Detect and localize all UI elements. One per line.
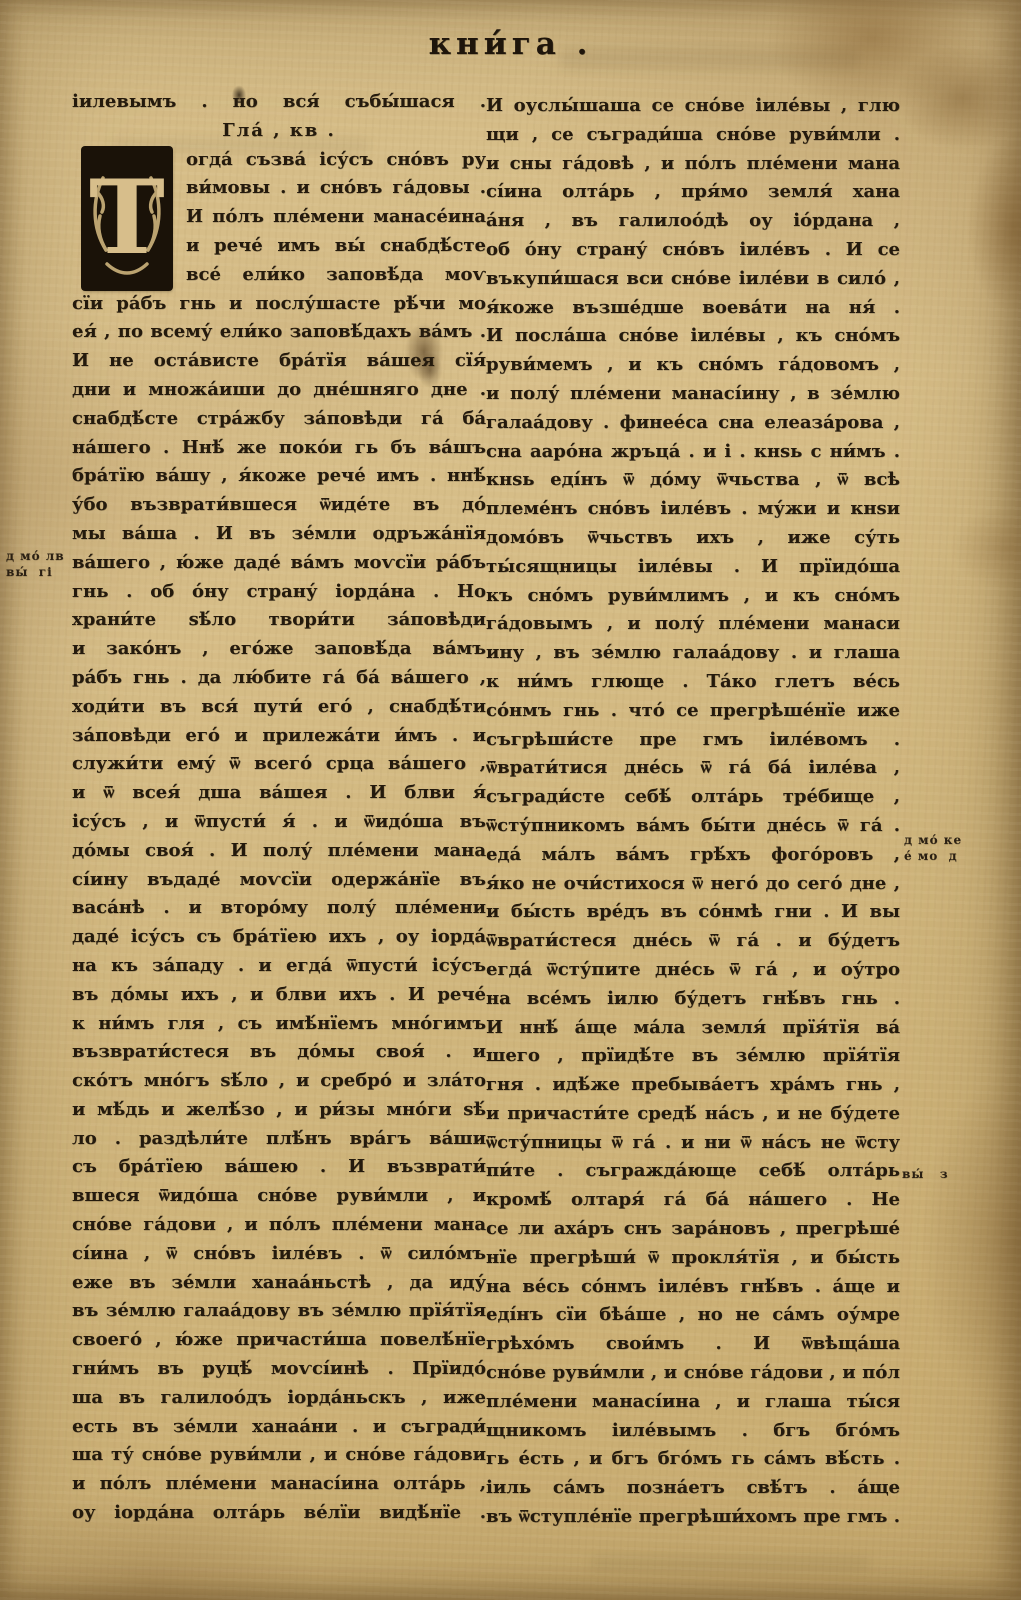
text-line: іиль са́мъ позна́етъ свѣ́тъ . а́ще xyxy=(486,1474,900,1503)
text-line: снабдѣ́сте стра́жбу за́повѣди га́ ба́ xyxy=(72,405,486,434)
text-line: племе́нъ сно́въ іиле́въ . му́жи и кнѕи xyxy=(486,495,900,524)
chapter-heading: Гла́ , кв . xyxy=(72,117,486,146)
text-line: еже въ зе́мли ханаа́ньстѣ , да иду́ xyxy=(72,1269,486,1298)
text-line: руви́мемъ , и къ сно́мъ га́довомъ , xyxy=(486,351,900,380)
dropcap-letter: Т xyxy=(83,154,171,295)
text-line: и сны га́довѣ , и по́лъ пле́мени мана xyxy=(486,150,900,179)
text-line: за́повѣди его́ и прилежа́ти и́мъ . и xyxy=(72,722,486,751)
text-line: ра́бъ гнь . да лю́бите га́ ба́ ва́шего , xyxy=(72,664,486,693)
margin-note-line: д мо́ лв xyxy=(6,549,65,563)
right-column-body: И оуслы́шаша се сно́ве іиле́вы , глющи ,… xyxy=(486,92,900,1532)
text-line: шего , прїидѣ́те въ зе́млю прїя́тїя xyxy=(486,1042,900,1071)
woodcut-dropcap-initial: Т xyxy=(83,148,171,289)
text-line: И посла́ша сно́ве іиле́вы , къ сно́мъ xyxy=(486,322,900,351)
text-line: егда́ ѿсту́пите дне́сь ѿ га́ , и оу́тро xyxy=(486,956,900,985)
text-line: ходи́ти въ вся́ пути́ его́ , снабдѣ́ти xyxy=(72,693,486,722)
text-line: и бы́сть вре́дъ въ со́нмѣ гни . И вы xyxy=(486,898,900,927)
left-column-body: сїи ра́бъ гнь и послу́шасте рѣ́чи моея́ … xyxy=(72,290,486,1528)
text-line: ты́сящницы іиле́вы . И прїидо́ша xyxy=(486,553,900,582)
text-line: на́шего . Ннѣ́ же поко́и гь бъ ва́шъ xyxy=(72,434,486,463)
text-line: еда́ ма́лъ ва́мъ грѣ́хъ фого́ровъ , xyxy=(486,841,900,870)
text-line: дни и множа́иши до дне́шняго дне . xyxy=(72,376,486,405)
margin-note-left: д мо́ лввы́ гі xyxy=(6,548,65,580)
text-line: бра́тїю ва́шу , я́коже рече́ имъ . ннѣ́ xyxy=(72,462,486,491)
text-line: оу іорда́на олта́рь ве́лїи видѣ́нїе . xyxy=(72,1499,486,1528)
text-line: гь е́сть , и бгъ бго́мъ гь са́мъ вѣ́сть … xyxy=(486,1445,900,1474)
text-line: грѣхо́мъ свои́мъ . И ѿвѣща́ша xyxy=(486,1330,900,1359)
text-line: вшеся ѿидо́ша сно́ве руви́мли , и xyxy=(72,1182,486,1211)
text-line: галаа́дову . финее́са сна елеаза́рова , xyxy=(486,409,900,438)
text-line: есть въ зе́мли ханаа́ни . и съгради́ xyxy=(72,1413,486,1442)
text-line: га́довымъ , и полу́ пле́мени манаси xyxy=(486,610,900,639)
text-line: се ли аха́ръ снъ зара́новъ , прегрѣше́ xyxy=(486,1215,900,1244)
text-line: ѿврати́тися дне́сь ѿ га́ ба́ іиле́ва , xyxy=(486,754,900,783)
text-line: я́ко не очи́стихося ѿ него́ до сего́ дне… xyxy=(486,870,900,899)
margin-note-line: д мо́ ке xyxy=(904,833,962,847)
text-line: възврати́стеся въ до́мы своя́ . и xyxy=(72,1038,486,1067)
text-line: а́ня , въ галилоо́дѣ оу іо́рдана , xyxy=(486,207,900,236)
text-line: въкупи́шася вси сно́ве іиле́ви в сило́ , xyxy=(486,265,900,294)
text-line: сно́ве руви́мли , и сно́ве га́дови , и п… xyxy=(486,1359,900,1388)
text-line: сно́ве га́дови , и по́лъ пле́мени мана xyxy=(72,1211,486,1240)
text-line: щникомъ іиле́вымъ . бгъ бго́мъ xyxy=(486,1417,900,1446)
text-line: въ зе́млю галаа́дову въ зе́млю прїя́тїя xyxy=(72,1297,486,1326)
right-text-column: И оуслы́шаша се сно́ве іиле́вы , глющи ,… xyxy=(486,92,900,1532)
text-line: ва́шего , ю́же даде́ ва́мъ моѵсїи ра́бъ xyxy=(72,549,486,578)
text-line: у́бо възврати́вшеся ѿиде́те въ до́ xyxy=(72,491,486,520)
text-line: домо́въ ѿчьствъ ихъ , иже су́ть xyxy=(486,524,900,553)
text-line: ша въ галилоо́дъ іорда́ньскъ , иже xyxy=(72,1384,486,1413)
text-line: въ до́мы ихъ , и блви ихъ . И рече́ xyxy=(72,981,486,1010)
text-line: ея́ , по всему́ ели́ко заповѣ́дахъ ва́мъ… xyxy=(72,318,486,347)
text-line: ѿсту́пницы ѿ га́ . и ни ѿ на́съ не ѿсту xyxy=(486,1129,900,1158)
text-line: я́коже възше́дше воева́ти на ня́ . xyxy=(486,294,900,323)
text-line: пле́мени манасі́ина , и глаша ты́ся xyxy=(486,1388,900,1417)
text-line: и ѿ всея́ дша ва́шея . И блви я́ xyxy=(72,779,486,808)
page-running-title: кни́га . xyxy=(0,26,1021,62)
text-line: и по́лъ пле́мени манасі́ина олта́рь , xyxy=(72,1470,486,1499)
text-line: к ни́мъ гля , съ имѣ́нїемъ мно́гимъ xyxy=(72,1010,486,1039)
text-line: съгради́сте себѣ́ олта́рь тре́бище , xyxy=(486,783,900,812)
text-line: іилевымъ . но вся́ събы́шася . xyxy=(72,88,486,117)
left-text-column: іилевымъ . но вся́ събы́шася . Гла́ , кв… xyxy=(72,88,486,1528)
text-line: И ннѣ́ а́ще ма́ла земля́ прїя́тїя ва́ xyxy=(486,1014,900,1043)
text-line: к ни́мъ глюще . Та́ко глетъ ве́сь xyxy=(486,668,900,697)
text-line: ло . раздѣли́те плѣ́нъ вра́гъ ва́ши xyxy=(72,1125,486,1154)
text-line: ѿврати́стеся дне́сь ѿ га́ . и бу́детъ xyxy=(486,927,900,956)
book-page-scan: { "page": { "header_title": "кни́га .", … xyxy=(0,0,1021,1600)
text-line: и мѣ́дь и желѣ́зо , и ри́зы мно́ги ѕѣ́ xyxy=(72,1096,486,1125)
text-line: на ве́сь со́нмъ іиле́въ гнѣ́въ . а́ще и xyxy=(486,1273,900,1302)
text-line: еді́нъ сїи бѣа́ше , но не са́мъ оу́мре xyxy=(486,1301,900,1330)
text-line: гнь . об о́ну страну́ іорда́на . Но xyxy=(72,578,486,607)
text-line: ша ту́ сно́ве руви́мли , и сно́ве га́дов… xyxy=(72,1441,486,1470)
text-line: даде́ ісу́съ съ бра́тїею ихъ , оу іорда́ xyxy=(72,923,486,952)
text-line: нїе прегрѣши́ ѿ прокля́тїя , и бы́сть xyxy=(486,1244,900,1273)
text-line: гни́мъ въ руцѣ́ моѵсі́инѣ . Прїидо́ xyxy=(72,1355,486,1384)
text-line: и зако́нъ , его́же заповѣ́да ва́мъ моѵсї… xyxy=(72,635,486,664)
margin-note-right-lower: вы́ з xyxy=(902,1166,949,1182)
text-line: и причасти́те средѣ́ на́съ , и не бу́дет… xyxy=(486,1100,900,1129)
text-line: ину , въ зе́млю галаа́дову . и глаша xyxy=(486,639,900,668)
margin-note-line: вы́ гі xyxy=(6,565,53,579)
text-line: И оуслы́шаша се сно́ве іиле́вы , глю xyxy=(486,92,900,121)
text-line: со́нмъ гнь . что́ се прегрѣше́нїе иже xyxy=(486,697,900,726)
text-line: об о́ну страну́ сно́въ іиле́въ . И се xyxy=(486,236,900,265)
text-line: ско́тъ мно́гъ ѕѣ́ло , и сребро́ и зла́то xyxy=(72,1067,486,1096)
text-line: сна ааро́на жръца́ . и і . кнѕь с ни́мъ … xyxy=(486,438,900,467)
text-line: на къ за́паду . и егда́ ѿпусти́ ісу́съ xyxy=(72,952,486,981)
text-line: сі́ину въдаде́ моѵсїи одержа́нїе въ xyxy=(72,866,486,895)
text-line: съгрѣши́сте пре гмъ іиле́вомъ . xyxy=(486,726,900,755)
text-line: сі́ина , ѿ сно́въ іиле́въ . ѿ сило́мъ xyxy=(72,1240,486,1269)
text-line: и полу́ пле́мени манасі́ину , в зе́млю xyxy=(486,380,900,409)
text-line: пи́те . съгражда́юще себѣ́ олта́рь xyxy=(486,1157,900,1186)
text-line: сі́ина олта́рь , пря́мо земля́ хана xyxy=(486,178,900,207)
margin-note-line: вы́ з xyxy=(902,1167,949,1181)
text-line: мы ва́ша . И въ зе́мли одръжа́нїя xyxy=(72,520,486,549)
text-line: своего́ , ю́же причасти́ша повелѣ́нїе xyxy=(72,1326,486,1355)
text-line: васа́нѣ . и второ́му полу́ пле́мени xyxy=(72,894,486,923)
text-line: къ сно́мъ руви́млимъ , и къ сно́мъ xyxy=(486,582,900,611)
text-line: служи́ти ему́ ѿ всего́ срца ва́шего , xyxy=(72,750,486,779)
text-line: И не оста́висте бра́тїя ва́шея сїя́ xyxy=(72,347,486,376)
margin-note-right-upper: д мо́ кее́ мо д xyxy=(904,832,962,864)
text-line: на все́мъ іилю бу́детъ гнѣ́въ гнь . xyxy=(486,985,900,1014)
text-line: гня . идѣ́же пребыва́етъ хра́мъ гнь , xyxy=(486,1071,900,1100)
text-line: ѿсту́пникомъ ва́мъ бы́ти дне́сь ѿ га́ . xyxy=(486,812,900,841)
text-line: кромѣ́ олтаря́ га́ ба́ на́шего . Не xyxy=(486,1186,900,1215)
text-line: ісу́съ , и ѿпусти́ я́ . и ѿидо́ша въ xyxy=(72,808,486,837)
margin-note-line: е́ мо д xyxy=(904,849,958,863)
text-line: въ ѿступле́нїе прегрѣши́хомъ пре гмъ . xyxy=(486,1503,900,1532)
text-line: храни́те ѕѣ́ло твори́ти за́повѣди xyxy=(72,606,486,635)
text-line: кнѕь еді́нъ ѿ до́му ѿчьства , ѿ всѣ xyxy=(486,466,900,495)
text-line: до́мы своя́ . И полу́ пле́мени мана xyxy=(72,837,486,866)
text-line: щи , се съгради́ша сно́ве руви́мли . xyxy=(486,121,900,150)
text-line: съ бра́тїею ва́шею . И възврати́ xyxy=(72,1153,486,1182)
